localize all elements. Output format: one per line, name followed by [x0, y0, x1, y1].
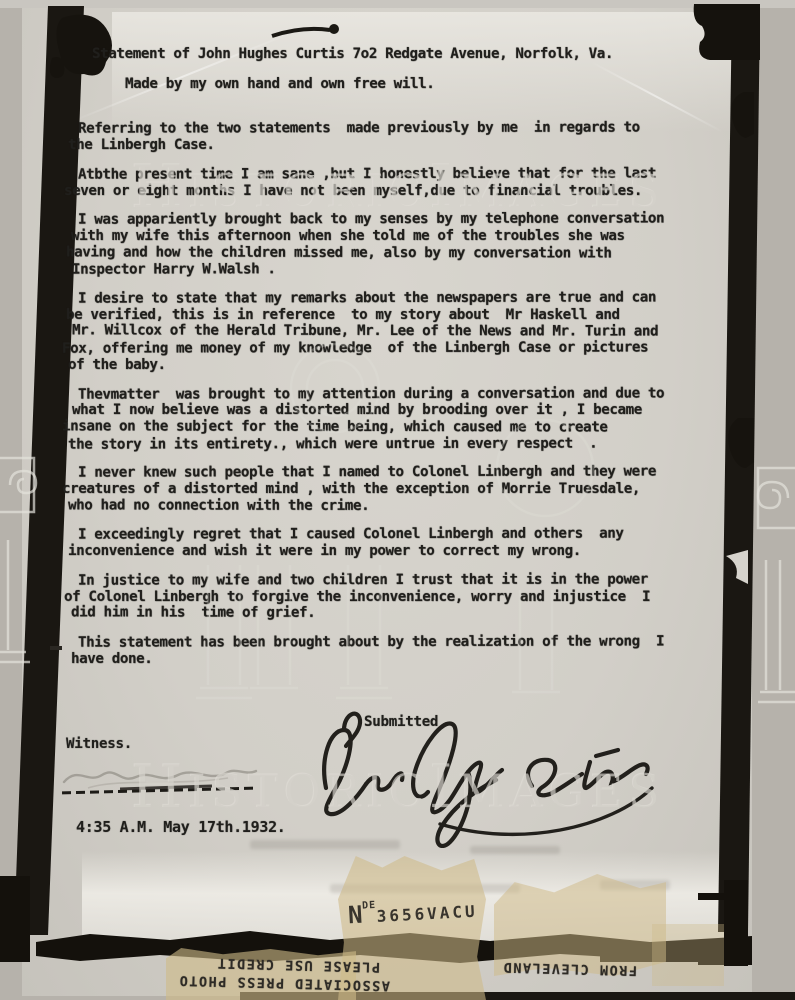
- typed-line: I never knew such people that I named to…: [78, 464, 722, 482]
- pencil-smudge: [250, 840, 400, 849]
- typed-paragraph: Atbthe present time I am sane ,but I hon…: [62, 166, 722, 199]
- typed-line: seven or eight months I have not been my…: [64, 183, 722, 200]
- pencil-smudge: [470, 846, 560, 854]
- heading-line: Made by my own hand and own free will.: [125, 76, 722, 93]
- typed-paragraph: I desire to state that my remarks about …: [62, 290, 722, 374]
- typed-paragraphs: Referring to the two statements made pre…: [62, 120, 722, 667]
- typed-line: having and how the children missed me, a…: [66, 244, 722, 262]
- typed-paragraph: In justice to my wife and two children I…: [62, 572, 722, 622]
- witness-label: Witness.: [66, 736, 132, 752]
- typed-line: with my wife this afternoon when she tol…: [71, 228, 722, 245]
- typed-line: the story in its entirety., which were u…: [68, 435, 722, 453]
- typed-paragraph: Referring to the two statements made pre…: [62, 120, 722, 153]
- typed-text-block: Statement of John Hughes Curtis 7o2 Redg…: [62, 46, 722, 679]
- curtis-signature: [300, 700, 668, 848]
- typed-line: Fox, offering me money of my knowledge o…: [62, 339, 722, 357]
- typed-line: what I now believe was a distorted mind …: [72, 402, 722, 419]
- typed-line: did him in his time of grief.: [71, 605, 722, 623]
- statement-heading: Statement of John Hughes Curtis 7o2 Redg…: [62, 46, 722, 92]
- typed-line: be verified, this is in reference to my …: [66, 307, 722, 324]
- stamp-value: 3656VACU: [376, 902, 478, 926]
- typed-line: the Linbergh Case.: [68, 137, 722, 154]
- heading-line: Statement of John Hughes Curtis 7o2 Redg…: [92, 46, 722, 63]
- typed-line: of Colonel Linbergh to forgive the incon…: [64, 589, 722, 606]
- typed-line: Mr. Willcox of the Herald Tribune, Mr. L…: [72, 323, 722, 341]
- typed-paragraph: I was appariently brought back to my sen…: [62, 211, 722, 278]
- typed-line: have done.: [71, 651, 722, 668]
- typed-line: insane on the subject for the time being…: [62, 418, 722, 436]
- typed-line: of the baby.: [68, 357, 722, 374]
- typed-line: I desire to state that my remarks about …: [78, 289, 722, 307]
- typed-line: This statement has been brought about by…: [78, 633, 722, 651]
- typed-paragraph: This statement has been brought about by…: [62, 634, 722, 667]
- typed-line: Thevmatter was brought to my attention d…: [78, 385, 722, 403]
- typed-line: Inspector Harry W.Walsh .: [72, 261, 722, 279]
- typed-paragraph: Thevmatter was brought to my attention d…: [62, 386, 722, 453]
- typed-line: creatures of a distorted mind , with the…: [62, 481, 722, 498]
- tape-piece: [652, 924, 724, 986]
- typed-line: Atbthe present time I am sane ,but I hon…: [78, 165, 722, 183]
- typed-line: inconvenience and wish it were in my pow…: [68, 543, 722, 560]
- typed-line: I was appariently brought back to my sen…: [78, 211, 722, 229]
- typed-paragraph: I never knew such people that I named to…: [62, 464, 722, 514]
- typed-line: I exceedingly regret that I caused Colon…: [78, 526, 722, 544]
- photo-of-document: Statement of John Hughes Curtis 7o2 Redg…: [0, 0, 795, 1000]
- typed-line: In justice to my wife and two children I…: [78, 571, 722, 589]
- stamp-sup: DE: [362, 900, 377, 912]
- timestamp: 4:35 A.M. May 17th.1932.: [76, 818, 286, 836]
- typed-paragraph: I exceedingly regret that I caused Colon…: [62, 526, 722, 559]
- typed-line: Referring to the two statements made pre…: [78, 120, 722, 138]
- typed-line: who had no connection with the crime.: [68, 497, 722, 515]
